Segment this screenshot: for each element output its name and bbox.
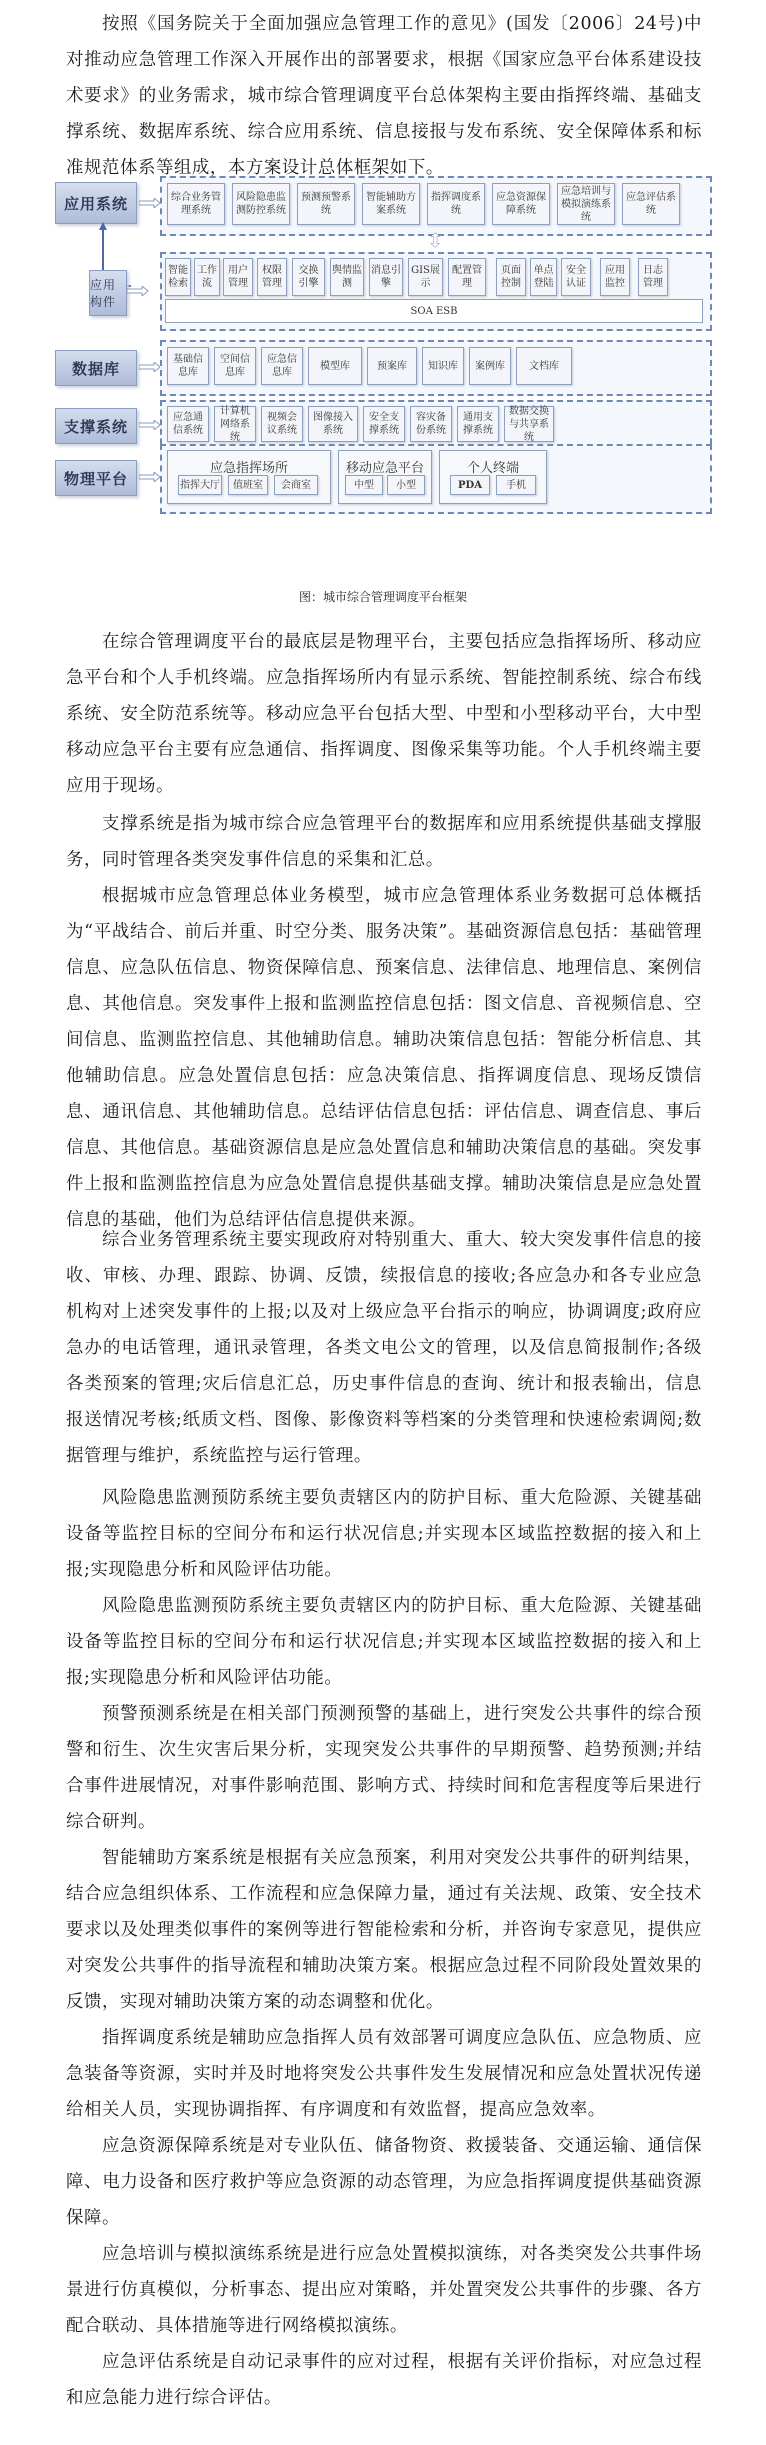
paragraph: 风险隐患监测预防系统主要负责辖区内的防护目标、重大危险源、关键基础设备等监控目标… [66,1588,702,1696]
command-site-item: 指挥大厅 [178,475,222,495]
paragraph: 在综合管理调度平台的最底层是物理平台，主要包括应急指挥场所、移动应急平台和个人手… [66,624,702,804]
command-site-title: 应急指挥场所 [168,457,330,476]
database: 知识库 [422,347,464,385]
layer-support-label: 支撑系统 [55,408,137,444]
paragraph: 根据城市应急管理总体业务模型，城市应急管理体系业务数据可总体概括为“平战结合、前… [66,878,702,1238]
component: 权限管理 [257,258,287,296]
arrow-right-icon [139,420,161,430]
component: 安全认证 [561,258,591,296]
mobile-platform-item: 小型 [387,475,425,495]
paragraph: 应急培训与模拟演练系统是进行应急处置模拟演练，对各类突发公共事件场景进行仿真模似… [66,2236,702,2344]
layer-database-label: 数据库 [55,350,137,386]
component: 应用监控 [600,258,630,296]
personal-terminal-item: PDA [450,475,490,495]
app-system: 应急评估系统 [622,183,680,225]
command-site-item: 会商室 [274,475,318,495]
app-system: 应急培训与模拟演练系统 [557,183,615,225]
component: 配置管理 [448,258,486,296]
support-system: 安全支撑系统 [363,406,405,442]
support-system: 数据交换与共享系统 [504,406,554,442]
database: 模型库 [308,347,362,385]
component: 日志管理 [638,258,668,296]
figure-caption: 图：城市综合管理调度平台框架 [0,588,766,605]
command-site-item: 值班室 [228,475,268,495]
component: 消息引擎 [369,258,403,296]
layer-app-label: 应用系统 [55,182,137,224]
database: 应急信息库 [261,347,303,385]
arrow-right-icon [139,362,161,372]
soa-esb-bar: SOA ESB [165,299,703,323]
arrow-right-icon [139,472,161,482]
app-system: 应急资源保障系统 [492,183,550,225]
paragraph: 预警预测系统是在相关部门预测预警的基础上，进行突发公共事件的综合预警和衍生、次生… [66,1696,702,1840]
database: 基础信息库 [167,347,209,385]
app-system: 指挥调度系统 [427,183,485,225]
support-system: 计算机网络系统 [214,406,256,442]
paragraph: 指挥调度系统是辅助应急指挥人员有效部署可调度应急队伍、应急物质、应急装备等资源，… [66,2020,702,2128]
support-system: 图像接入系统 [308,406,358,442]
intro-paragraph: 按照《国务院关于全面加强应急管理工作的意见》(国发〔2006〕24号)中对推动应… [66,6,702,186]
component: 智能检索 [165,258,191,296]
personal-terminal-item: 手机 [496,475,536,495]
database: 案例库 [469,347,511,385]
database: 预案库 [367,347,417,385]
app-system: 预测预警系统 [297,183,355,225]
support-system: 容灾备份系统 [410,406,452,442]
database: 空间信息库 [214,347,256,385]
arrow-right-icon [127,286,149,296]
personal-terminal-title: 个人终端 [440,457,546,476]
component: 用户管理 [223,258,253,296]
mobile-platform-box: 移动应急平台 中型 小型 [338,450,432,504]
app-system: 智能辅助方案系统 [362,183,420,225]
mobile-platform-item: 中型 [345,475,383,495]
physical-layer: 物理平台 应急指挥场所 指挥大厅 值班室 会商室 移动应急平台 中型 小型 个人… [55,450,715,590]
paragraph: 智能辅助方案系统是根据有关应急预案，利用对突发公共事件的研判结果，结合应急组织体… [66,1840,702,2020]
support-system: 视频会议系统 [261,406,303,442]
component: 单点登陆 [530,258,557,296]
paragraph: 应急评估系统是自动记录事件的应对过程，根据有关评价指标，对应急过程和应急能力进行… [66,2344,702,2416]
layer-physical-label: 物理平台 [55,460,137,496]
paragraph: 综合业务管理系统主要实现政府对特别重大、重大、较大突发事件信息的接收、审核、办理… [66,1222,702,1474]
database: 文档库 [516,347,572,385]
personal-terminal-box: 个人终端 PDA 手机 [439,450,547,504]
mobile-platform-title: 移动应急平台 [339,457,431,476]
arrow-right-icon [139,198,161,208]
support-system: 应急通信系统 [167,406,209,442]
component: 舆情监测 [330,258,364,296]
app-system: 综合业务管理系统 [167,183,225,225]
component: 交换引擎 [292,258,325,296]
component: GIS展示 [408,258,443,296]
command-site-box: 应急指挥场所 指挥大厅 值班室 会商室 [167,450,331,504]
layer-component-label: 应用构件 [89,270,127,316]
paragraph: 支撑系统是指为城市综合应急管理平台的数据库和应用系统提供基础支撑服务，同时管理各… [66,806,702,878]
support-system: 通用支撑系统 [457,406,499,442]
paragraph: 风险隐患监测预防系统主要负责辖区内的防护目标、重大危险源、关键基础设备等监控目标… [66,1480,702,1588]
app-system: 风险隐患监测防控系统 [232,183,290,225]
architecture-diagram: 应用系统 综合业务管理系统 风险隐患监测防控系统 预测预警系统 智能辅助方案系统… [55,170,715,450]
component: 页面控制 [496,258,526,296]
bidirectional-arrow-icon [420,232,450,248]
paragraph: 应急资源保障系统是对专业队伍、储备物资、救援装备、交通运输、通信保障、电力设备和… [66,2128,702,2236]
component: 工作流 [194,258,220,296]
